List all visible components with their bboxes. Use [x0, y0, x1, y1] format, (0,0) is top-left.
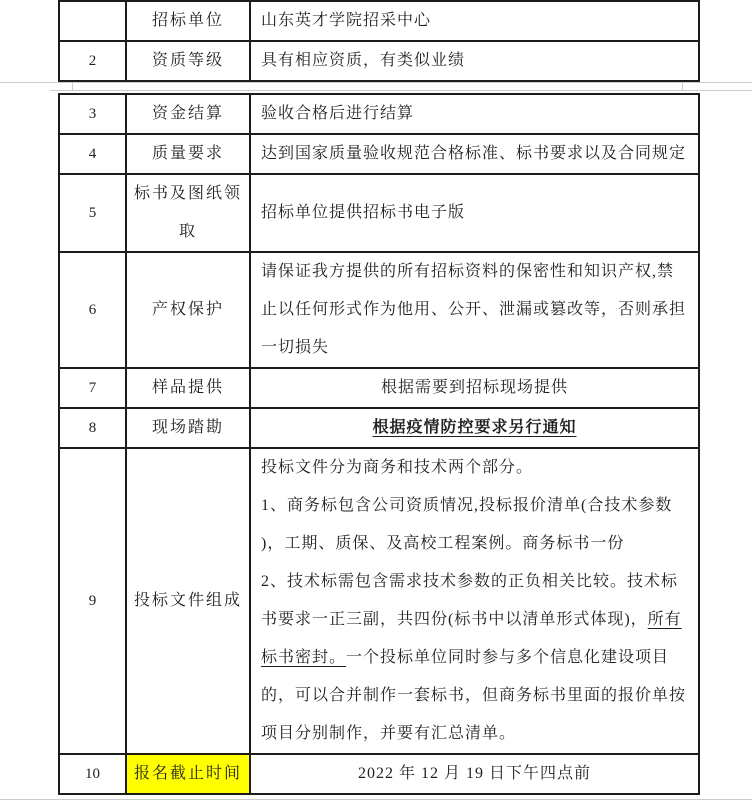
- row-label: 样品提供: [126, 368, 250, 408]
- table-row: 4质量要求达到国家质量验收规范合格标准、标书要求以及合同规定: [59, 134, 699, 174]
- row-content: 根据需要到招标现场提供: [250, 368, 699, 408]
- row-number: 3: [59, 94, 126, 134]
- content-paragraph: 具有相应资质，有类似业绩: [261, 42, 688, 80]
- row-content: 投标文件分为商务和技术两个部分。1、商务标包含公司资质情况,投标报价清单(合技术…: [250, 448, 699, 754]
- row-number: [59, 1, 126, 41]
- content-paragraph: 山东英才学院招采中心: [261, 2, 688, 40]
- row-number: 4: [59, 134, 126, 174]
- row-label: 现场踏勘: [126, 408, 250, 448]
- content-paragraph: 1、商务标包含公司资质情况,投标报价清单(合技术参数 )，工期、质保、及高校工程…: [261, 487, 688, 563]
- content-paragraph: 验收合格后进行结算: [261, 95, 688, 133]
- row-label: 资质等级: [126, 41, 250, 81]
- row-number: 5: [59, 174, 126, 252]
- content-paragraph: 根据需要到招标现场提供: [261, 369, 688, 407]
- page-break-top-edge: [50, 90, 752, 91]
- content-paragraph: 2、技术标需包含需求技术参数的正负相关比较。技术标书要求一正三副，共四份(标书中…: [261, 563, 688, 753]
- table-row: 8现场踏勘根据疫情防控要求另行通知: [59, 408, 699, 448]
- row-number: 10: [59, 754, 126, 794]
- table-row: 7样品提供根据需要到招标现场提供: [59, 368, 699, 408]
- page-break-bottom-edge: [0, 82, 752, 83]
- row-label: 投标文件组成: [126, 448, 250, 754]
- content-paragraph: 根据疫情防控要求另行通知: [261, 409, 688, 447]
- row-content: 招标单位提供招标书电子版: [250, 174, 699, 252]
- table-row: 6产权保护请保证我方提供的所有招标资料的保密性和知识产权,禁止以任何形式作为他用…: [59, 252, 699, 368]
- row-content: 达到国家质量验收规范合格标准、标书要求以及合同规定: [250, 134, 699, 174]
- row-content: 请保证我方提供的所有招标资料的保密性和知识产权,禁止以任何形式作为他用、公开、泄…: [250, 252, 699, 368]
- row-content: 2022 年 12 月 19 日下午四点前: [250, 754, 699, 794]
- row-content: 具有相应资质，有类似业绩: [250, 41, 699, 81]
- row-label: 资金结算: [126, 94, 250, 134]
- row-label: 产权保护: [126, 252, 250, 368]
- table-row: 9投标文件组成投标文件分为商务和技术两个部分。1、商务标包含公司资质情况,投标报…: [59, 448, 699, 754]
- table-row: 2资质等级具有相应资质，有类似业绩: [59, 41, 699, 81]
- row-content: 山东英才学院招采中心: [250, 1, 699, 41]
- tender-table-page1: 招标单位山东英才学院招采中心2资质等级具有相应资质，有类似业绩: [58, 0, 700, 82]
- table-row: 5标书及图纸领取招标单位提供招标书电子版: [59, 174, 699, 252]
- table-row: 10报名截止时间2022 年 12 月 19 日下午四点前: [59, 754, 699, 794]
- row-number: 2: [59, 41, 126, 81]
- row-number: 8: [59, 408, 126, 448]
- row-content: 根据疫情防控要求另行通知: [250, 408, 699, 448]
- content-paragraph: 请保证我方提供的所有招标资料的保密性和知识产权,禁止以任何形式作为他用、公开、泄…: [261, 253, 688, 367]
- row-number: 7: [59, 368, 126, 408]
- tender-table-page2: 3资金结算验收合格后进行结算4质量要求达到国家质量验收规范合格标准、标书要求以及…: [58, 93, 700, 795]
- row-label: 标书及图纸领取: [126, 174, 250, 252]
- row-content: 验收合格后进行结算: [250, 94, 699, 134]
- row-number: 6: [59, 252, 126, 368]
- row-label: 招标单位: [126, 1, 250, 41]
- content-paragraph: 达到国家质量验收规范合格标准、标书要求以及合同规定: [261, 135, 688, 173]
- row-label-highlighted: 报名截止时间: [126, 754, 250, 794]
- content-paragraph: 2022 年 12 月 19 日下午四点前: [261, 755, 688, 793]
- table-row: 招标单位山东英才学院招采中心: [59, 1, 699, 41]
- document-canvas: 招标单位山东英才学院招采中心2资质等级具有相应资质，有类似业绩 3资金结算验收合…: [0, 0, 752, 808]
- page-bottom-edge: [0, 799, 752, 800]
- table-row: 3资金结算验收合格后进行结算: [59, 94, 699, 134]
- content-paragraph: 投标文件分为商务和技术两个部分。: [261, 449, 688, 487]
- content-paragraph: 招标单位提供招标书电子版: [261, 194, 688, 232]
- row-number: 9: [59, 448, 126, 754]
- row-label: 质量要求: [126, 134, 250, 174]
